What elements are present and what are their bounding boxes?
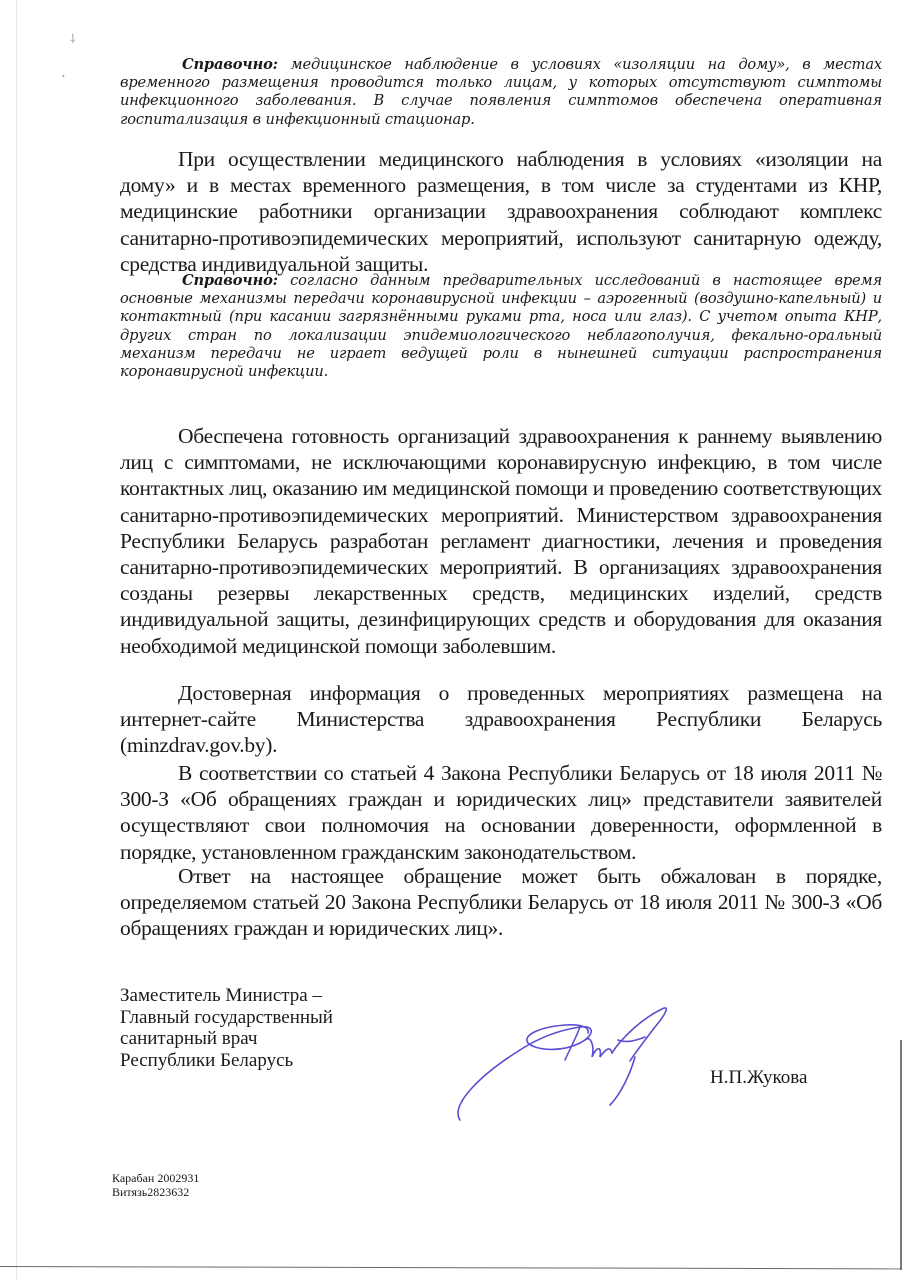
- signatory-position: Заместитель Министра – Главный государст…: [120, 985, 333, 1071]
- paragraph-appeal: Ответ на настоящее обращение может быть …: [120, 863, 882, 942]
- note-isolation: Справочно: медицинское наблюдение в усло…: [120, 56, 882, 129]
- paragraph-medical-observation: При осуществлении медицинского наблюдени…: [120, 146, 882, 277]
- note-paragraph: Справочно: медицинское наблюдение в усло…: [120, 56, 882, 129]
- paragraph-text: Достоверная информация о проведенных мер…: [120, 680, 882, 759]
- position-line: Главный государственный: [120, 1007, 333, 1029]
- paragraph-text: Ответ на настоящее обращение может быть …: [120, 863, 882, 942]
- paragraph-law-article-4: В соответствии со статьей 4 Закона Респу…: [120, 760, 882, 865]
- executor-line: Витязь2823632: [112, 1186, 199, 1200]
- position-line: Заместитель Министра –: [120, 985, 333, 1007]
- position-line: Республики Беларусь: [120, 1050, 333, 1072]
- note-transmission: Справочно: согласно данным предварительн…: [120, 272, 882, 381]
- note-label: Справочно:: [182, 56, 278, 73]
- handwritten-signature-icon: [440, 995, 700, 1135]
- signatory-name: Н.П.Жукова: [710, 1067, 807, 1089]
- note-paragraph: Справочно: согласно данным предварительн…: [120, 272, 882, 381]
- position-line: санитарный врач: [120, 1028, 333, 1050]
- paragraph-text: Обеспечена готовность организаций здраво…: [120, 423, 882, 659]
- page-edge-right: [900, 1040, 902, 1270]
- scan-dot: •: [62, 72, 65, 81]
- note-label: Справочно:: [182, 272, 278, 289]
- paragraph-text: В соответствии со статьей 4 Закона Респу…: [120, 760, 882, 865]
- executor-line: Карабан 2002931: [112, 1172, 199, 1186]
- page-edge-left: [16, 0, 17, 1280]
- paragraph-website: Достоверная информация о проведенных мер…: [120, 680, 882, 759]
- paragraph-text: При осуществлении медицинского наблюдени…: [120, 146, 882, 277]
- paragraph-readiness: Обеспечена готовность организаций здраво…: [120, 423, 882, 659]
- page-edge-bottom: [0, 1266, 902, 1269]
- executors: Карабан 2002931 Витязь2823632: [112, 1172, 199, 1199]
- scan-mark: ⸸: [70, 30, 76, 47]
